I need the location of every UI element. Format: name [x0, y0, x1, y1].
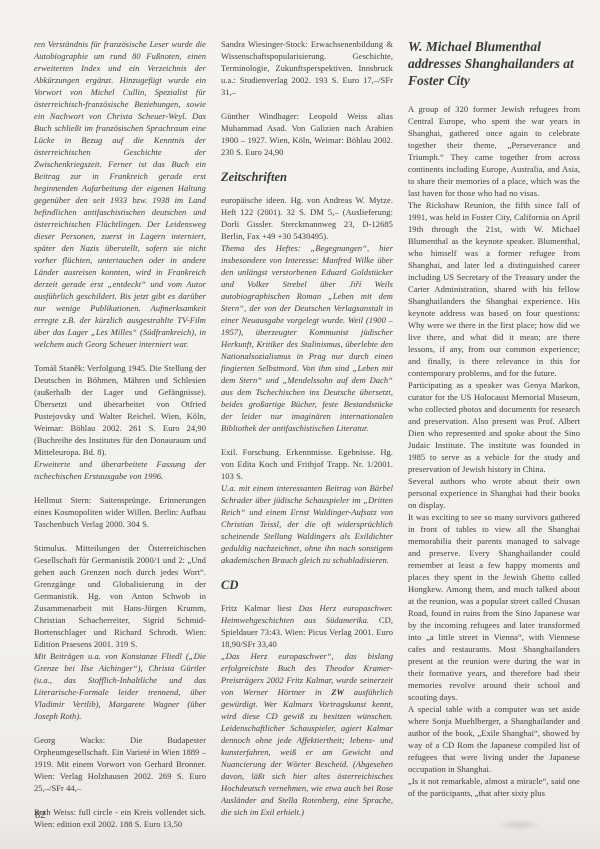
entry-paragraph: „Is it not remarkable, almost a miracle“… [408, 775, 580, 799]
section-heading: Zeitschriften [221, 170, 393, 185]
section-heading: CD [221, 578, 393, 593]
column-right: W. Michael Blumenthal addresses Shanghai… [408, 38, 580, 849]
entry-paragraph: Stimulus. Mitteilungen der Österreichisc… [34, 542, 206, 650]
column-left: ren Verständnis für französische Leser w… [34, 38, 206, 849]
entry-paragraph: Tomáš Staněk: Verfolgung 1945. Die Stell… [34, 362, 206, 458]
entry-paragraph: Ruth Weiss: full circle - ein Kreis voll… [34, 806, 206, 830]
annotation-paragraph: U.a. mit einem interessanten Beitrag von… [221, 482, 393, 566]
entry-paragraph: A special table with a computer was set … [408, 703, 580, 775]
entry-paragraph: Georg Wacks: Die Budapester Orpheumgesel… [34, 734, 206, 794]
journal-page: ren Verständnis für französische Leser w… [0, 0, 600, 849]
annotation-paragraph: Erweiterte und überarbeitete Fassung der… [34, 458, 206, 482]
entry-paragraph: A group of 320 former Jewish refugees fr… [408, 103, 580, 199]
entry-paragraph: Participating as a speaker was Genya Mar… [408, 379, 580, 475]
annotation-paragraph: Mit Beiträgen u.a. von Konstanze Fliedl … [34, 650, 206, 722]
page-number: 82 [35, 810, 46, 821]
column-middle: Sandra Wiesinger-Stock: Erwachsenenbildu… [221, 38, 393, 849]
text-run: Fritz Kalmar liest [221, 603, 299, 613]
entry-paragraph: It was exciting to see so many survivors… [408, 511, 580, 703]
entry-paragraph: Several authors who wrote about their ow… [408, 475, 580, 511]
annotation-paragraph: Thema des Heftes: „Begegnungen“, hier in… [221, 242, 393, 434]
entry-paragraph: Exil. Forschung. Erkenntnisse. Egebnisse… [221, 446, 393, 482]
entry-paragraph: The Rickshaw Reunion, the fifth since fa… [408, 199, 580, 379]
entry-paragraph: Günther Windhager: Leopold Weiss alias M… [221, 110, 393, 158]
entry-paragraph: europäische ideen. Hg. von Andreas W. My… [221, 194, 393, 242]
entry-paragraph: Hellmut Stern: Saitensprünge. Erinnerung… [34, 494, 206, 530]
annotation-paragraph: ren Verständnis für französische Leser w… [34, 38, 206, 350]
entry-paragraph: Sandra Wiesinger-Stock: Erwachsenenbildu… [221, 38, 393, 98]
article-title: W. Michael Blumenthal addresses Shanghai… [408, 38, 580, 89]
text-run: ausführlich gewürdigt. Wer Kalmars Vortr… [221, 687, 393, 817]
annotation-paragraph: „Das Herz europaschwer“, das bislang erf… [221, 650, 393, 818]
text-run: ZW [331, 687, 344, 697]
entry-paragraph: Fritz Kalmar liest Das Herz europaschwer… [221, 602, 393, 650]
